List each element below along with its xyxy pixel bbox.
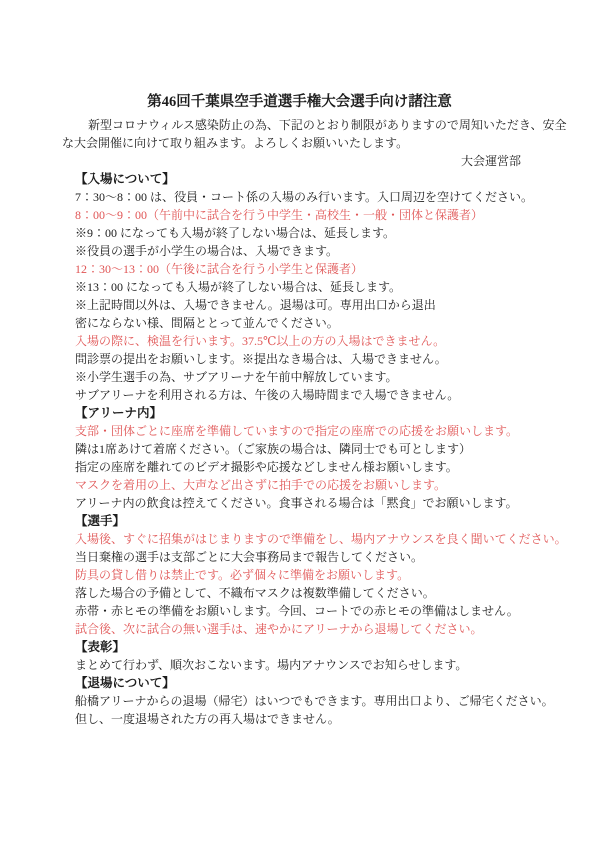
- notice-line: 12：30〜13：00（午後に試合を行う小学生と保護者）: [75, 260, 537, 278]
- notice-line: 船橋アリーナからの退場（帰宅）はいつでもできます。専用出口より、ご帰宅ください。: [75, 692, 537, 710]
- notice-line: マスクを着用の上、大声など出さずに拍手での応援をお願いします。: [75, 476, 537, 494]
- section-arena: 【アリーナ内】 支部・団体ごとに座席を準備していますので指定の座席での応援をお願…: [62, 404, 537, 512]
- section-heading: 【表彰】: [75, 638, 537, 656]
- section-heading: 【退場について】: [75, 674, 537, 692]
- section-exit: 【退場について】 船橋アリーナからの退場（帰宅）はいつでもできます。専用出口より…: [62, 674, 537, 728]
- section-players: 【選手】 入場後、すぐに招集がはじまりますので準備をし、場内アナウンスを良く聞い…: [62, 512, 537, 638]
- section-heading: 【入場について】: [75, 170, 537, 188]
- intro-paragraph: 新型コロナウィルス感染防止の為、下記のとおり制限がありますので周知いただき、安全…: [62, 116, 537, 152]
- notice-line: 落した場合の予備として、不織布マスクは複数準備してください。: [75, 584, 537, 602]
- notice-line: 支部・団体ごとに座席を準備していますので指定の座席での応援をお願いします。: [75, 422, 537, 440]
- notice-line: まとめて行わず、順次おこないます。場内アナウンスでお知らせします。: [75, 656, 537, 674]
- notice-line: 密にならない様、間隔ととって並んでください。: [75, 314, 537, 332]
- notice-line: ※小学生選手の為、サブアリーナを午前中解放しています。: [75, 368, 537, 386]
- section-heading: 【選手】: [75, 512, 537, 530]
- intro-line: 新型コロナウィルス感染防止の為、下記のとおり制限がありますので周知いただき、安全: [88, 116, 537, 134]
- section-awards: 【表彰】 まとめて行わず、順次おこないます。場内アナウンスでお知らせします。: [62, 638, 537, 674]
- notice-line: ※9：00 になっても入場が終了しない場合は、延長します。: [75, 224, 537, 242]
- document-page: 第46回千葉県空手道選手権大会選手向け諸注意 新型コロナウィルス感染防止の為、下…: [0, 0, 595, 842]
- notice-line: アリーナ内の飲食は控えてください。食事される場合は「黙食」でお願いします。: [75, 494, 537, 512]
- document-title: 第46回千葉県空手道選手権大会選手向け諸注意: [62, 92, 537, 112]
- signature: 大会運営部: [62, 152, 521, 170]
- notice-line: 指定の座席を離れてのビデオ撮影や応援などしません様お願いします。: [75, 458, 537, 476]
- notice-line: 但し、一度退場された方の再入場はできません。: [75, 710, 537, 728]
- notice-line: 問診票の提出をお願いします。※提出なき場合は、入場できません。: [75, 350, 537, 368]
- notice-line: 入場後、すぐに招集がはじまりますので準備をし、場内アナウンスを良く聞いてください…: [75, 530, 537, 548]
- intro-line: な大会開催に向けて取り組みます。よろしくお願いいたします。: [62, 134, 537, 152]
- notice-line: 7：30〜8：00 は、役員・コート係の入場のみ行います。入口周辺を空けてくださ…: [75, 188, 537, 206]
- notice-line: 試合後、次に試合の無い選手は、速やかにアリーナから退場してください。: [75, 620, 537, 638]
- section-admission: 【入場について】 7：30〜8：00 は、役員・コート係の入場のみ行います。入口…: [62, 170, 537, 404]
- notice-line: 8：00〜9：00（午前中に試合を行う中学生・高校生・一般・団体と保護者）: [75, 206, 537, 224]
- notice-line: 当日棄権の選手は支部ごとに大会事務局まで報告してください。: [75, 548, 537, 566]
- notice-line: ※役員の選手が小学生の場合は、入場できます。: [75, 242, 537, 260]
- section-heading: 【アリーナ内】: [75, 404, 537, 422]
- notice-line: ※上記時間以外は、入場できません。退場は可。専用出口から退出: [75, 296, 537, 314]
- notice-line: 赤帯・赤ヒモの準備をお願いします。今回、コートでの赤ヒモの準備はしません。: [75, 602, 537, 620]
- notice-line: 防具の貸し借りは禁止です。必ず個々に準備をお願いします。: [75, 566, 537, 584]
- notice-line: サブアリーナを利用される方は、午後の入場時間まで入場できません。: [75, 386, 537, 404]
- notice-line: 隣は1席あけて着席ください。（ご家族の場合は、隣同士でも可とします）: [75, 440, 537, 458]
- notice-line: 入場の際に、検温を行います。37.5℃以上の方の入場はできません。: [75, 332, 537, 350]
- notice-line: ※13：00 になっても入場が終了しない場合は、延長します。: [75, 278, 537, 296]
